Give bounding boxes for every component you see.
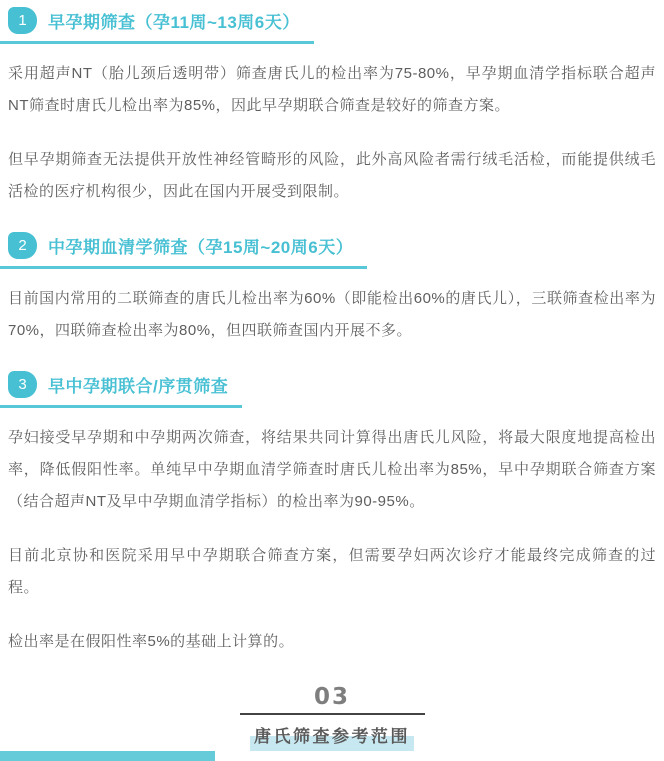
next-section-title-wrap: 唐氏筛查参考范围 [0, 722, 664, 747]
section-1-paragraph-2: 但早孕期筛查无法提供开放性神经管畸形的风险，此外高风险者需行绒毛活检，而能提供绒… [8, 144, 656, 208]
section-3-title: 早中孕期联合/序贯筛查 [48, 377, 228, 396]
section-1-title: 早孕期筛查（孕11周~13周6天） [48, 13, 300, 32]
next-section-title: 唐氏筛查参考范围 [254, 727, 410, 746]
section-3-paragraph-2: 目前北京协和医院采用早中孕期联合筛查方案，但需要孕妇两次诊疗才能最终完成筛查的过… [8, 540, 656, 604]
section-1-number-badge: 1 [8, 7, 37, 34]
section-2-title: 中孕期血清学筛查（孕15周~20周6天） [48, 238, 353, 257]
next-section-divider-line [240, 713, 425, 715]
badge-number: 3 [18, 376, 26, 393]
article-page: 1早孕期筛查（孕11周~13周6天） 采用超声NT（胎儿颈后透明带）筛查唐氏儿的… [0, 0, 664, 761]
section-3-header: 3早中孕期联合/序贯筛查 [0, 371, 242, 408]
section-3-paragraph-1: 孕妇接受早孕期和中孕期两次筛查，将结果共同计算得出唐氏儿风险，将最大限度地提高检… [8, 422, 656, 518]
badge-number: 2 [18, 237, 26, 254]
section-1-paragraph-1: 采用超声NT（胎儿颈后透明带）筛查唐氏儿的检出率为75-80%，早孕期血清学指标… [8, 58, 656, 122]
next-section-title-inner: 唐氏筛查参考范围 [252, 722, 412, 747]
section-3-number-badge: 3 [8, 371, 37, 398]
next-section-heading: 03 唐氏筛查参考范围 [0, 684, 664, 747]
section-3-paragraph-3: 检出率是在假阳性率5%的基础上计算的。 [8, 626, 656, 658]
section-2-number-badge: 2 [8, 232, 37, 259]
badge-number: 1 [18, 12, 26, 29]
article-content: 1早孕期筛查（孕11周~13周6天） 采用超声NT（胎儿颈后透明带）筛查唐氏儿的… [0, 0, 664, 747]
section-2-paragraph-1: 目前国内常用的二联筛查的唐氏儿检出率为60%（即能检出60%的唐氏儿），三联筛查… [8, 283, 656, 347]
section-2-header: 2中孕期血清学筛查（孕15周~20周6天） [0, 232, 367, 269]
bottom-cutoff-teal-bar [0, 751, 215, 761]
section-1-header: 1早孕期筛查（孕11周~13周6天） [0, 7, 314, 44]
next-section-number: 03 [0, 684, 664, 710]
